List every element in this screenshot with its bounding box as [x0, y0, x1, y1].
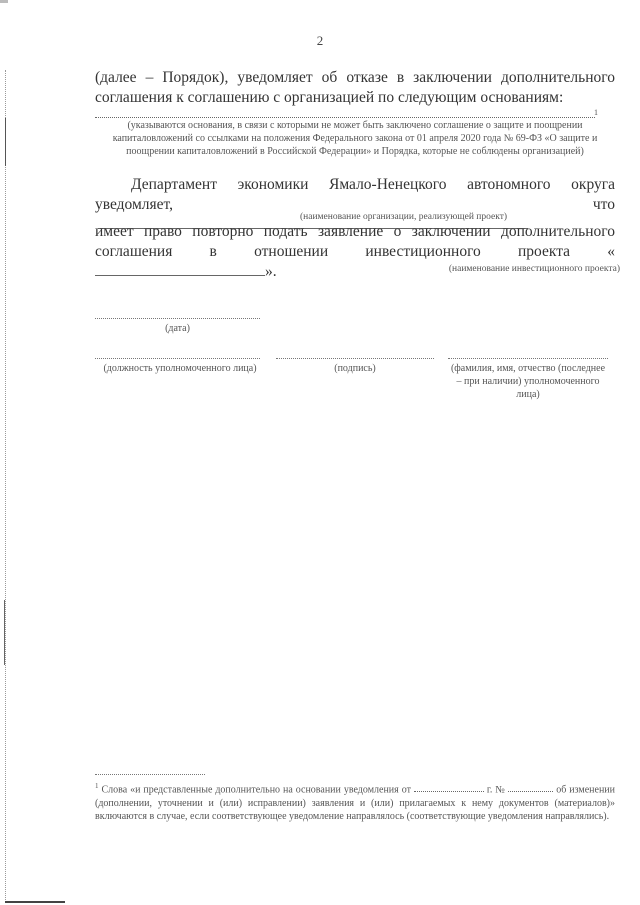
date-line — [95, 318, 260, 319]
footnote-text-1: Слова «и представленные дополнительно на… — [101, 784, 411, 795]
project-caption: (наименование инвестиционного проекта) — [449, 264, 620, 274]
footnote-text-2: г. № — [487, 784, 505, 795]
reapply-suffix: ». — [265, 263, 277, 280]
project-fill-line — [95, 263, 265, 276]
notifies-text: уведомляет, что — [95, 196, 615, 213]
page-number: 2 — [0, 33, 640, 49]
reasons-fill-line — [95, 117, 595, 118]
name-caption: (фамилия, имя, отчество (последнее – при… — [448, 362, 608, 401]
paragraph-refusal: (далее – Порядок), уведомляет об отказе … — [95, 68, 615, 108]
scan-artifact-edge-dark — [4, 600, 5, 665]
reapply-text: имеет право повторно подать заявление о … — [95, 223, 615, 260]
footnote-marker: 1 — [95, 782, 99, 790]
signature-line — [276, 358, 434, 359]
footnote-separator — [95, 774, 205, 775]
date-caption: (дата) — [95, 322, 260, 335]
reasons-caption: (указываются основания, в связи с которы… — [95, 119, 615, 158]
footnote-number-blank — [508, 782, 553, 792]
name-line — [448, 358, 608, 359]
scan-artifact-edge-dark — [5, 118, 6, 166]
signature-caption: (подпись) — [276, 362, 434, 375]
organization-caption: (наименование организации, реализующей п… — [300, 212, 507, 222]
footnote-date-blank — [414, 782, 484, 792]
scan-artifact-bottom — [5, 901, 65, 903]
position-caption: (должность уполномоченного лица) — [95, 362, 265, 375]
paragraph-department: Департамент экономики Ямало-Ненецкого ав… — [95, 175, 615, 195]
scan-artifact-corner — [0, 0, 8, 3]
scan-artifact-edge — [5, 70, 6, 900]
footnote-marker: 1 — [594, 108, 598, 117]
position-line — [95, 358, 260, 359]
footnote: 1 Слова «и представленные дополнительно … — [95, 780, 615, 824]
